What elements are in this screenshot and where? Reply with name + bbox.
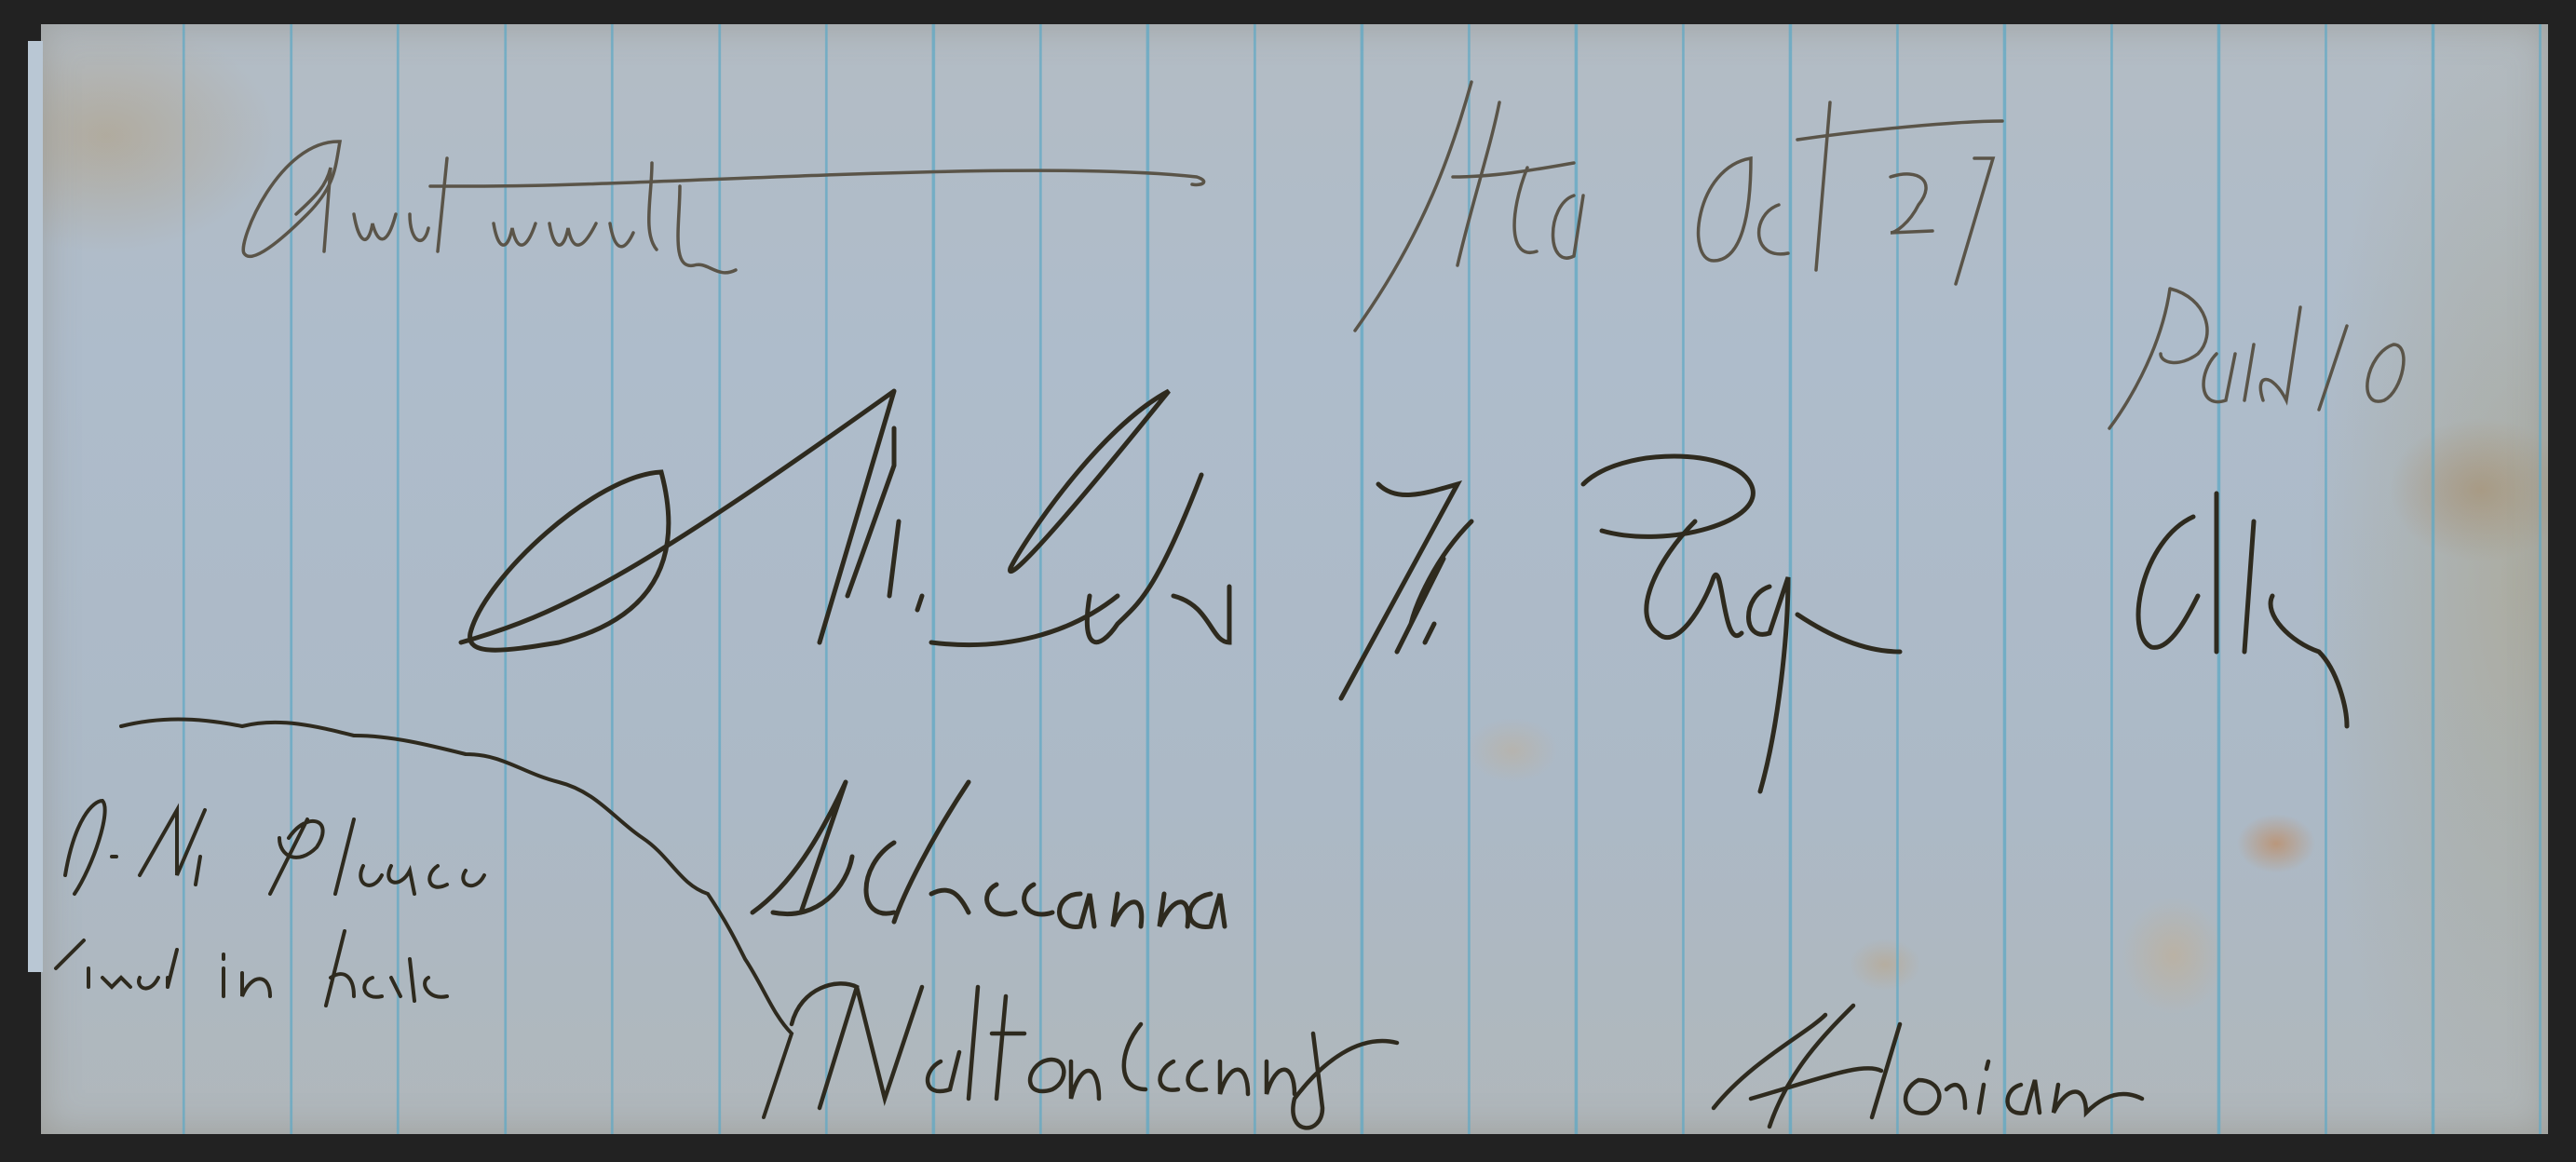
- note-line-1-text: P.M. Please: [56, 838, 61, 839]
- postmark-date-text: Oct 27: [1676, 140, 1679, 141]
- handwriting-layer: [0, 0, 2576, 1162]
- postmark-town-text: Austinville: [244, 140, 249, 141]
- note-line-2-text: forward in haste: [56, 968, 63, 969]
- address-line-3: [792, 983, 1397, 1128]
- address-line-4-text: Florida: [1714, 1071, 1717, 1072]
- address-line-3-text: Walton County: [792, 1043, 798, 1044]
- postmark-town: [243, 142, 1203, 273]
- address-line-1-text: Mr. John W. Edge Clk: [470, 559, 481, 560]
- postmark-rate: [2109, 289, 2404, 428]
- postmark-state-date: [1355, 82, 2002, 331]
- postmark-rate-text: Paid 10: [2109, 335, 2113, 336]
- address-line-1: [461, 391, 2347, 791]
- address-line-4: [1714, 1006, 2142, 1127]
- address-line-2-text: Micheanna: [752, 866, 758, 867]
- forwarding-note: [56, 720, 792, 1118]
- address-line-2: [752, 782, 1225, 926]
- postmark-state-text: Fla: [1360, 140, 1362, 141]
